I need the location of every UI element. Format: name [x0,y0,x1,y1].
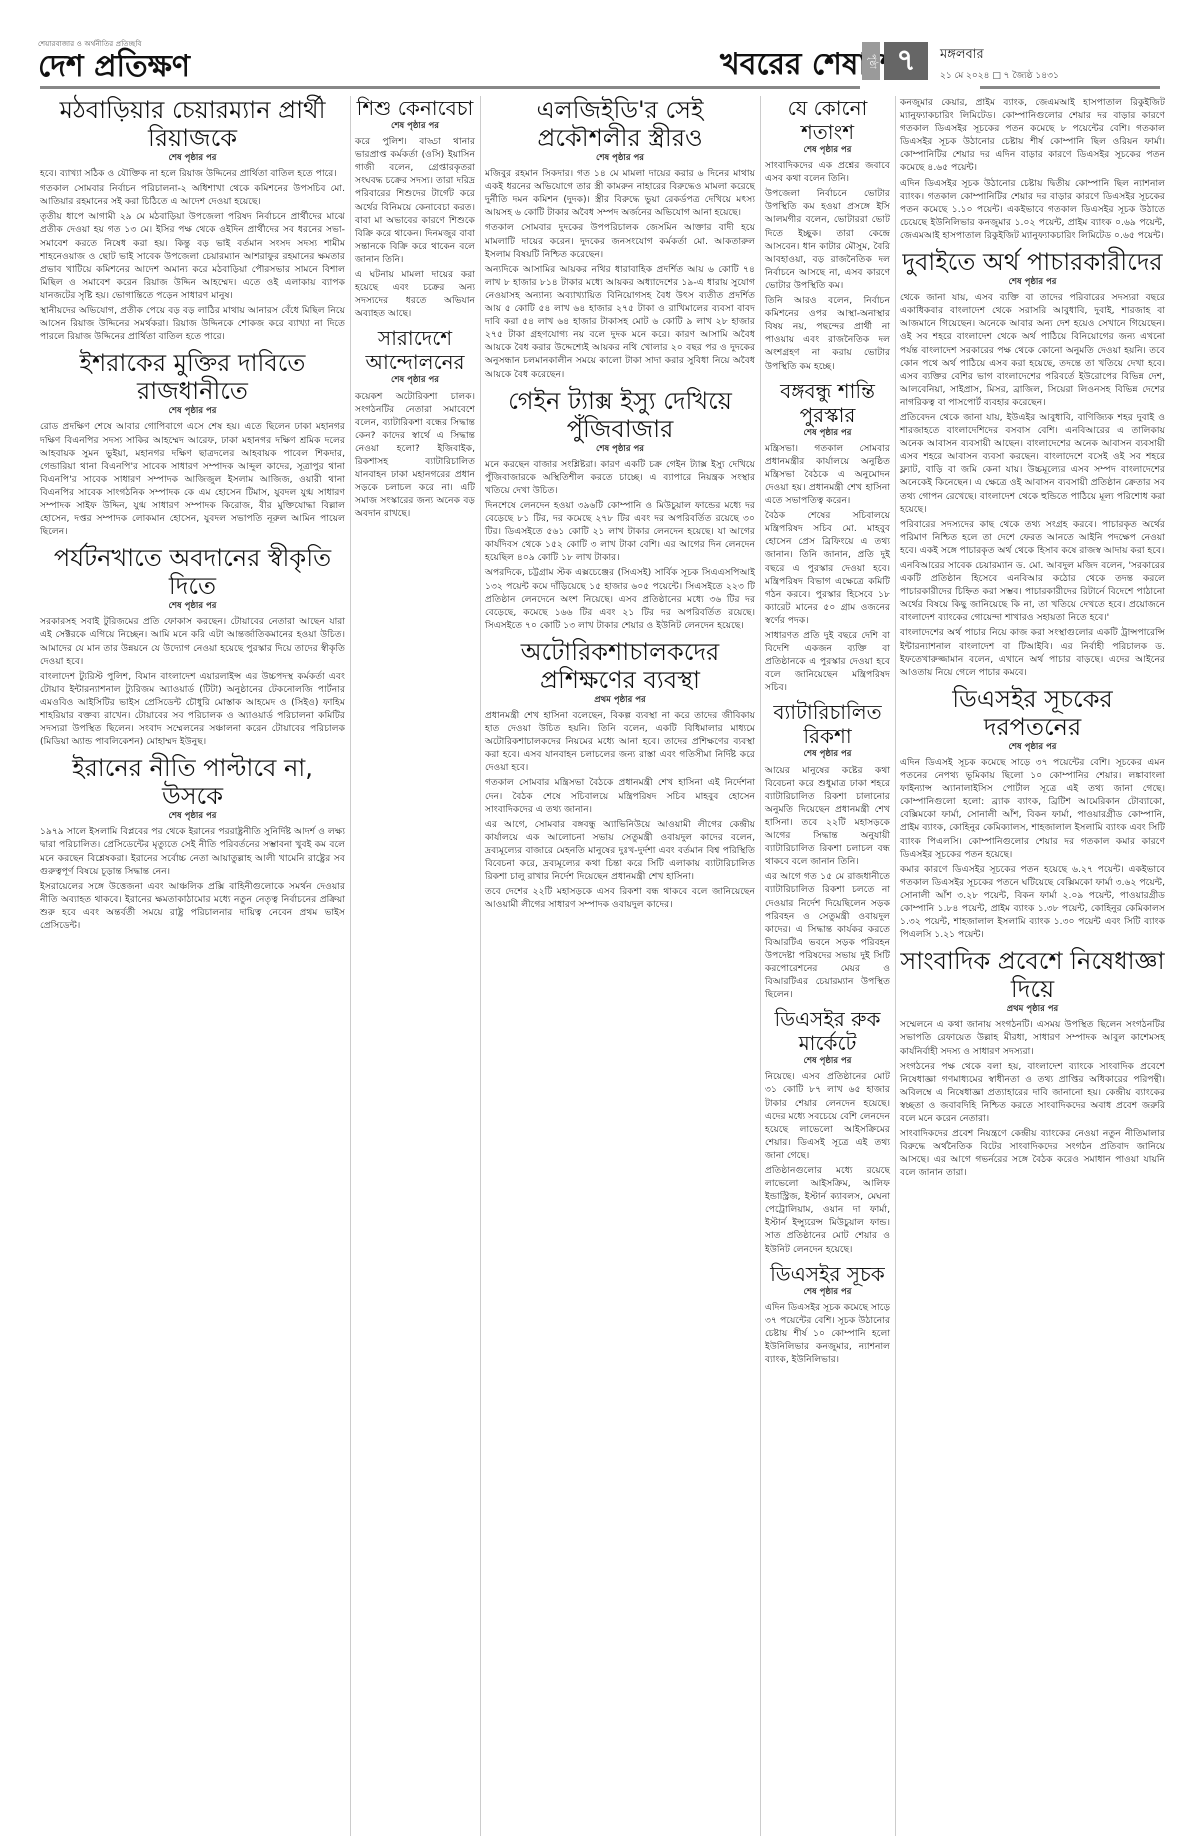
paragraph: স্থানীয়দের অভিযোগ, প্রতীক পেয়ে বড় বড়… [40,304,345,343]
jump-label: শেষ পৃষ্ঠার পর [40,152,345,165]
headline: দুবাইতে অর্থ পাচারকারীদের [900,248,1165,276]
story-iran: ইরানের নীতি পাল্টাবে না, উসকে শেষ পৃষ্ঠা… [40,754,345,932]
paragraph: বৈঠক শেষের সচিবালয়ে মন্ত্রিপরিষদ সচিব ম… [765,509,890,627]
paragraph: সাংবাদিকদের এক প্রশ্নের জবাবে এসব কথা বল… [765,159,890,185]
story-ishraque: ইশরাকের মুক্তির দাবিতে রাজধানীতে শেষ পৃষ… [40,349,345,538]
jump-label: শেষ পৃষ্ঠার পর [485,152,755,165]
headline: যে কোনো শতাংশ [765,96,890,144]
jump-label: শেষ পৃষ্ঠার পর [355,120,475,133]
paragraph: অপরদিকে, চট্টগ্রাম স্টক এক্সচেঞ্জের (সিএ… [485,566,755,631]
paragraph: মনে করছেন বাজার সংশ্লিষ্টরা। কারণ একটি চ… [485,458,755,497]
paragraph: এদিন ডিএসইর সূচক কমেছে সাড়ে ৩৭ পয়েন্টে… [765,1301,890,1366]
paragraph: তৃতীয় ধাপে আগামী ২৯ মে মঠবাড়িয়া উপজেল… [40,210,345,302]
paragraph: প্রতিষ্ঠানগুলোর মধ্যে রয়েছে লাভেলো আইসক… [765,1164,890,1256]
headline: ডিএসইর রুক মার্কেটে [765,1007,890,1055]
weekday: মঙ্গলবার [940,45,1059,66]
story-tourism: পর্যটনখাতে অবদানের স্বীকৃতি দিতে শেষ পৃষ… [40,544,345,748]
paragraph: হবে। ব্যাখ্যা সঠিক ও যৌক্তিক না হলে রিয়… [40,167,345,180]
story-battery-rickshaw: ব্যাটারিচালিত রিকশা শেষ পৃষ্ঠার পর আয়ের… [765,700,890,1001]
paragraph: কয়েকশ অটোরিকশা চালক। সংগঠনটির নেতারা সম… [355,390,475,521]
column-center: এলজিইডি'র সেই প্রকৌশলীর স্ত্রীরও শেষ পৃষ… [485,96,755,1836]
paragraph: মন্ত্রিসভা। গতকাল সোমবার প্রধানমন্ত্রীর … [765,442,890,507]
paragraph: মজিবুর রহমান সিকদার। গত ১৪ মে মামলা দায়… [485,167,755,219]
story-dse-continued: কনজুমার কেয়ার, প্রাইম ব্যাংক, জেএমআই হা… [900,96,1165,242]
jump-label: শেষ পৃষ্ঠার পর [40,810,345,823]
jump-label: শেষ পৃষ্ঠার পর [485,443,755,456]
paragraph: প্রতিবেদন থেকে জানা যায়, ইউএইর আবুধাবি,… [900,411,1165,516]
paragraph: সংগঠনের পক্ষ থেকে বলা হয়, বাংলাদেশ ব্যা… [900,1060,1165,1125]
column-right-narrow: যে কোনো শতাংশ শেষ পৃষ্ঠার পর সাংবাদিকদের… [765,96,890,1836]
jump-label: প্রথম পৃষ্ঠার পর [900,1003,1165,1016]
headline: বঙ্গবন্ধু শান্তি পুরস্কার [765,379,890,427]
paragraph: এদিন ডিএসই সূচক কমেছে সাড়ে ৩৭ পয়েন্টের… [900,756,1165,861]
paragraph: গতকাল সোমবার নির্বাচন পরিচালনা-২ অধিশাখা… [40,182,345,208]
paragraph: এদিন ডিএসইর সূচক উঠানোর চেষ্টায় দ্বিতীয… [900,177,1165,242]
story-any-percentage: যে কোনো শতাংশ শেষ পৃষ্ঠার পর সাংবাদিকদের… [765,96,890,373]
story-dubai-launderers: দুবাইতে অর্থ পাচারকারীদের শেষ পৃষ্ঠার পর… [900,248,1165,679]
column-narrow: শিশু কেনাবেচা শেষ পৃষ্ঠার পর করে পুলিশ। … [355,96,475,1836]
paragraph: বাংলাদেশের অর্থ পাচার নিয়ে কাজ করা সংস্… [900,626,1165,678]
story-gain-tax: গেইন ট্যাক্স ইস্যু দেখিয়ে পুঁজিবাজার শে… [485,387,755,632]
column-divider [350,96,351,1836]
headline: গেইন ট্যাক্স ইস্যু দেখিয়ে পুঁজিবাজার [485,387,755,443]
header-rule [40,86,860,89]
paragraph: ১৯৭৯ সালে ইসলামি বিপ্লবের পর থেকে ইরানের… [40,825,345,877]
story-peace-award: বঙ্গবন্ধু শান্তি পুরস্কার শেষ পৃষ্ঠার পর… [765,379,890,695]
paragraph: অন্যদিকে আসামির আয়কর নথির ধারাবাহিক প্র… [485,263,755,381]
story-dse-fall: ডিএসইর সূচকের দরপতনের শেষ পৃষ্ঠার পর এদি… [900,685,1165,941]
paragraph: দিনশেষে লেনদেন হওয়া ৩৯৬টি কোম্পানি ও মি… [485,499,755,564]
paragraph: প্রধানমন্ত্রী শেখ হাসিনা বলেছেন, বিকল্প … [485,709,755,774]
headline: ইরানের নীতি পাল্টাবে না, উসকে [40,754,345,810]
column-divider [480,96,481,1836]
page-number: ৭ [884,42,928,80]
paragraph: গতকাল সোমবার মন্ত্রিসভা বৈঠকে প্রধানমন্ত… [485,776,755,815]
paragraph: এ ঘটনায় মামলা দায়ের করা হয়েছে এবং চক্… [355,268,475,320]
paragraph: তবে দেশের ২২টি মহাসড়কে এসব রিকশা বন্ধ থ… [485,885,755,911]
paragraph: গতকাল সোমবার দুদকের উপপরিচালক জেসমিন আক্… [485,221,755,260]
column-divider [760,96,761,1836]
jump-label: শেষ পৃষ্ঠার পর [900,276,1165,289]
story-block-market: ডিএসইর রুক মার্কেটে শেষ পৃষ্ঠার পর নিয়ে… [765,1007,890,1255]
story-lged: এলজিইডি'র সেই প্রকৌশলীর স্ত্রীরও শেষ পৃষ… [485,96,755,381]
headline: ব্যাটারিচালিত রিকশা [765,700,890,748]
column-right: কনজুমার কেয়ার, প্রাইম ব্যাংক, জেএমআই হা… [900,96,1165,1836]
headline: পর্যটনখাতে অবদানের স্বীকৃতি দিতে [40,544,345,600]
column-divider [895,96,896,1836]
story-dse-index: ডিএসইর সূচক শেষ পৃষ্ঠার পর এদিন ডিএসইর স… [765,1262,890,1367]
headline: শিশু কেনাবেচা [355,96,475,120]
date-line: ২১ মে ২০২৪ □ ৭ জ্যৈষ্ঠ ১৪৩১ [940,68,1059,83]
paragraph: রোড প্রদক্ষিণ শেষে আবার গোপিবাগে এসে শেষ… [40,420,345,538]
jump-label: প্রথম পৃষ্ঠার পর [485,694,755,707]
paragraph: এর আগে গত ১৫ মে রাজধানীতে ব্যাটারিচালিত … [765,870,890,1001]
paragraph: উপজেলা নির্বাচনে ভোটার উপস্থিতি কম হওয়া… [765,187,890,292]
date-block: মঙ্গলবার ২১ মে ২০২৪ □ ৭ জ্যৈষ্ঠ ১৪৩১ [940,45,1059,83]
jump-label: শেষ পৃষ্ঠার পর [765,748,890,761]
jump-label: শেষ পৃষ্ঠার পর [765,1055,890,1068]
story-nationwide-protest: সারাদেশে আন্দোলনের শেষ পৃষ্ঠার পর কয়েকশ… [355,326,475,520]
paragraph: এর আগে, সোমবার বঙ্গবন্ধু অ্যাভিনিউয়ে আও… [485,818,755,883]
jump-label: শেষ পৃষ্ঠার পর [765,427,890,440]
newspaper-brand: শেয়ারবাজার ও অর্থনীতির প্রতিচ্ছবি দেশ প… [38,38,190,84]
jump-label: শেষ পৃষ্ঠার পর [355,374,475,387]
headline: মঠবাড়িয়ার চেয়ারম্যান প্রার্থী রিয়াজক… [40,96,345,152]
jump-label: শেষ পৃষ্ঠার পর [40,600,345,613]
brand-logo: দেশ প্রতিক্ষণ [38,50,190,84]
headline: সারাদেশে আন্দোলনের [355,326,475,374]
page-label: পৃষ্ঠা [862,42,880,80]
story-autorickshaw-training: অটোরিকশাচালকদের প্রশিক্ষণের ব্যবস্থা প্র… [485,638,755,912]
paragraph: সম্মেলনে এ কথা জানায় সংগঠনটি। এসময় উপস… [900,1018,1165,1057]
paragraph: বাংলাদেশ ট্যুরিস্ট পুলিশ, বিমান বাংলাদেশ… [40,670,345,749]
paragraph: সরকারসহ সবাই টুরিজমের প্রতি ফোকাস করছেন।… [40,615,345,667]
story-journalist-ban: সাংবাদিক প্রবেশে নিষেধাজ্ঞা দিয়ে প্রথম … [900,947,1165,1179]
headline: সাংবাদিক প্রবেশে নিষেধাজ্ঞা দিয়ে [900,947,1165,1003]
paragraph: তিনি আরও বলেন, নির্বাচন কমিশনের ওপর আস্থ… [765,294,890,373]
jump-label: শেষ পৃষ্ঠার পর [40,405,345,418]
paragraph: কমার কারণে ডিএসইর সূচকের পতন হয়েছে ৬.২৭… [900,863,1165,942]
headline: ডিএসইর সূচক [765,1262,890,1286]
headline: ডিএসইর সূচকের দরপতনের [900,685,1165,741]
masthead: শেয়ারবাজার ও অর্থনীতির প্রতিচ্ছবি দেশ প… [0,0,1200,80]
paragraph: এনবিআরের সাবেক চেয়ারম্যান ড. মো. আবদুল … [900,559,1165,624]
paragraph: পরিবারের সদস্যদের কাছ থেকে তথ্য সংগ্রহ ক… [900,518,1165,557]
story-mathbaria: মঠবাড়িয়ার চেয়ারম্যান প্রার্থী রিয়াজক… [40,96,345,343]
paragraph: কনজুমার কেয়ার, প্রাইম ব্যাংক, জেএমআই হা… [900,96,1165,175]
paragraph: সাংবাদিকদের প্রবেশ নিয়ন্ত্রণে কেন্দ্রীয… [900,1127,1165,1179]
headline: ইশরাকের মুক্তির দাবিতে রাজধানীতে [40,349,345,405]
jump-label: শেষ পৃষ্ঠার পর [900,741,1165,754]
headline: অটোরিকশাচালকদের প্রশিক্ষণের ব্যবস্থা [485,638,755,694]
column-left: মঠবাড়িয়ার চেয়ারম্যান প্রার্থী রিয়াজক… [40,96,345,1836]
paragraph: ইসরায়েলের সঙ্গে উত্তেজনা এবং আঞ্চলিক প্… [40,880,345,932]
story-child-trade: শিশু কেনাবেচা শেষ পৃষ্ঠার পর করে পুলিশ। … [355,96,475,320]
paragraph: করে পুলিশ। বাড্ডা থানার ভারপ্রাপ্ত কর্মক… [355,135,475,266]
paragraph: নিয়েছে। এসব প্রতিষ্ঠানের মোট ৩১ কোটি ৮৭… [765,1070,890,1162]
jump-label: শেষ পৃষ্ঠার পর [765,144,890,157]
paragraph: আয়ের মানুষের কষ্টের কথা বিবেচনা করে শুধ… [765,764,890,869]
paragraph: থেকে জানা যায়, এসব ব্যক্তি বা তাদের পরি… [900,291,1165,409]
jump-label: শেষ পৃষ্ঠার পর [765,1286,890,1299]
header-rule-right [980,86,1160,89]
paragraph: সাধারণত প্রতি দুই বছরে দেশি বা বিদেশি এক… [765,629,890,694]
headline: এলজিইডি'র সেই প্রকৌশলীর স্ত্রীরও [485,96,755,152]
